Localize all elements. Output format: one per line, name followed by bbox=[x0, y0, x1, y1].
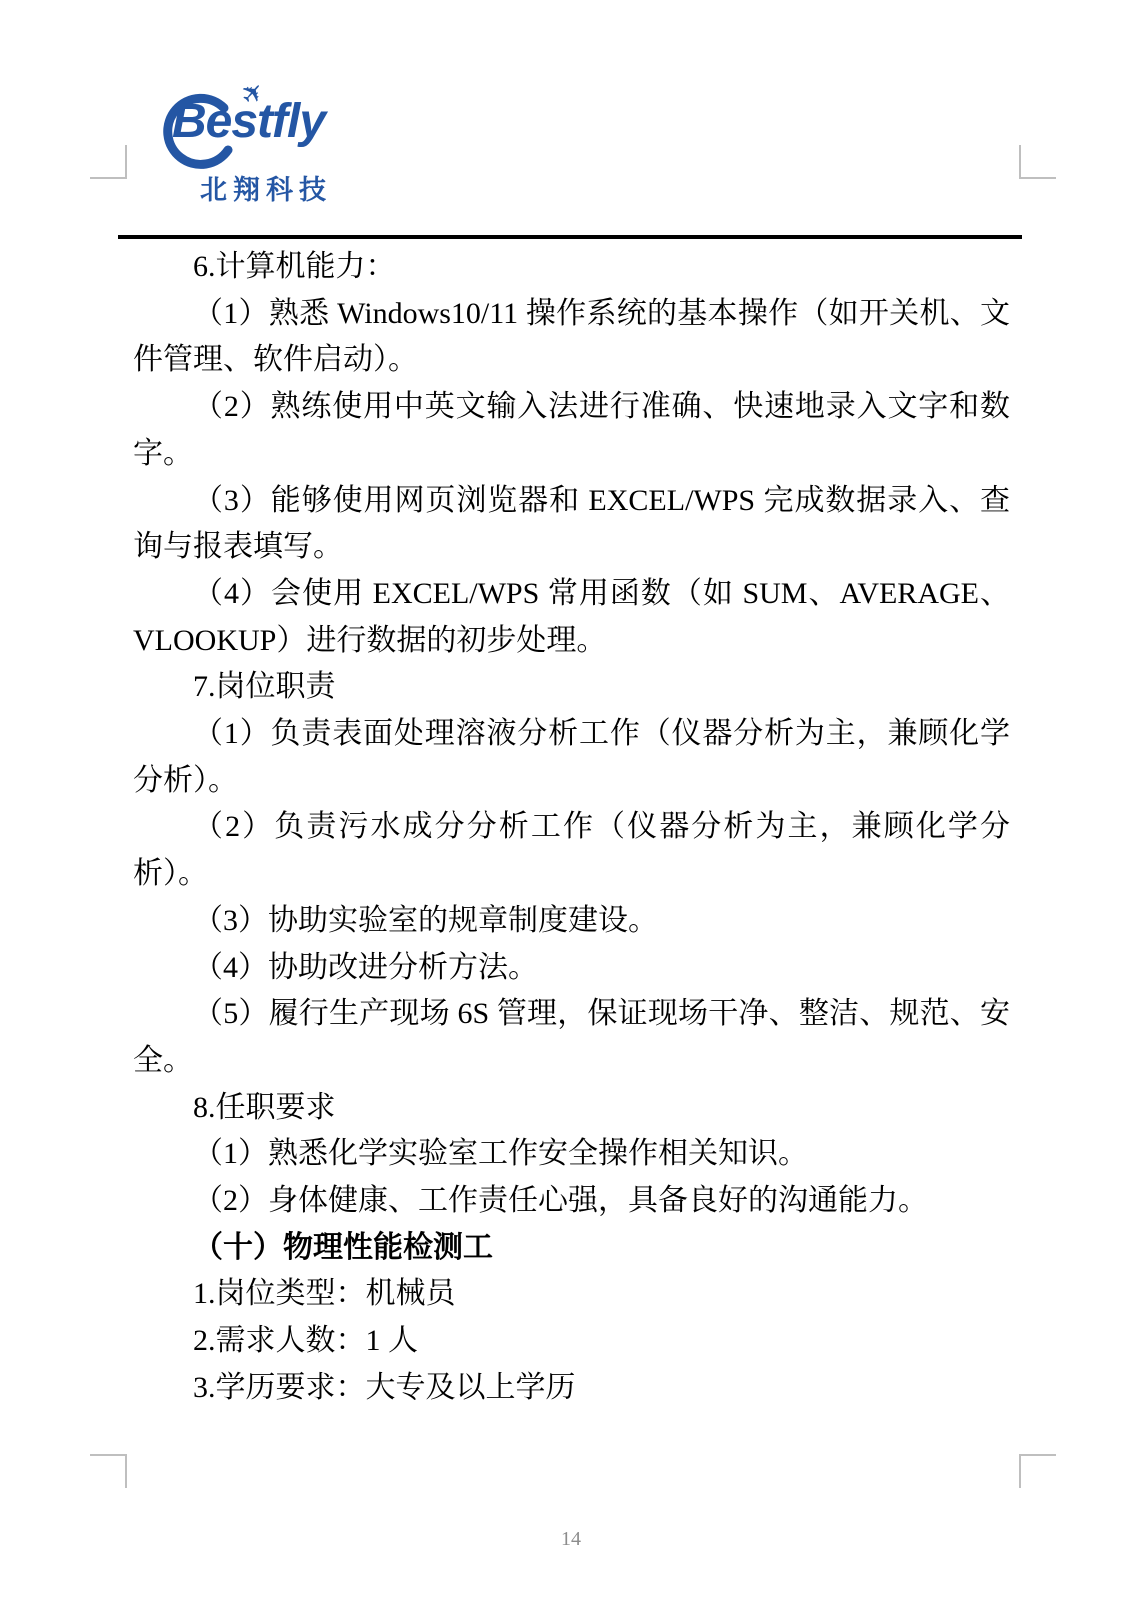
paragraph: （4）会使用 EXCEL/WPS 常用函数（如 SUM、AVERAGE、VLOO… bbox=[133, 571, 1010, 664]
crop-mark-bottom-right-icon bbox=[1019, 1454, 1056, 1488]
paragraph: （1）负责表面处理溶液分析工作（仪器分析为主，兼顾化学分析）。 bbox=[133, 711, 1010, 804]
paragraph: （5）履行生产现场 6S 管理，保证现场干净、整洁、规范、安全。 bbox=[133, 991, 1010, 1084]
paragraph: （2）熟练使用中英文输入法进行准确、快速地录入文字和数字。 bbox=[133, 384, 1010, 477]
paragraph: 8.任职要求 bbox=[133, 1085, 1010, 1132]
paragraph: （3）协助实验室的规章制度建设。 bbox=[133, 898, 1010, 945]
company-logo: ✈ Bestfly 北翔科技 bbox=[168, 92, 388, 212]
paragraph: （4）协助改进分析方法。 bbox=[133, 945, 1010, 992]
document-body: 6.计算机能力： （1）熟悉 Windows10/11 操作系统的基本操作（如开… bbox=[133, 244, 1010, 1412]
paragraph: 7.岗位职责 bbox=[133, 664, 1010, 711]
paragraph: （2）负责污水成分分析工作（仪器分析为主，兼顾化学分析）。 bbox=[133, 804, 1010, 897]
company-name-chinese: 北翔科技 bbox=[200, 168, 388, 207]
header-divider bbox=[118, 235, 1022, 239]
document-page: ✈ Bestfly 北翔科技 6.计算机能力： （1）熟悉 Windows10/… bbox=[0, 0, 1142, 1604]
crop-mark-bottom-left-icon bbox=[90, 1454, 127, 1488]
paragraph: 1.岗位类型：机械员 bbox=[133, 1271, 1010, 1318]
logo-wordmark: ✈ Bestfly bbox=[168, 92, 388, 164]
paragraph: 6.计算机能力： bbox=[133, 244, 1010, 291]
paragraph: 2.需求人数：1 人 bbox=[133, 1318, 1010, 1365]
section-heading: （十）物理性能检测工 bbox=[133, 1225, 1010, 1272]
paragraph: 3.学历要求：大专及以上学历 bbox=[133, 1365, 1010, 1412]
paragraph: （3）能够使用网页浏览器和 EXCEL/WPS 完成数据录入、查询与报表填写。 bbox=[133, 478, 1010, 571]
page-number: 14 bbox=[0, 1528, 1142, 1551]
crop-mark-top-left-icon bbox=[90, 145, 127, 179]
paragraph: （1）熟悉 Windows10/11 操作系统的基本操作（如开关机、文件管理、软… bbox=[133, 291, 1010, 384]
paragraph: （1）熟悉化学实验室工作安全操作相关知识。 bbox=[133, 1131, 1010, 1178]
crop-mark-top-right-icon bbox=[1019, 145, 1056, 179]
brand-name: Bestfly bbox=[172, 98, 325, 146]
paragraph: （2）身体健康、工作责任心强，具备良好的沟通能力。 bbox=[133, 1178, 1010, 1225]
